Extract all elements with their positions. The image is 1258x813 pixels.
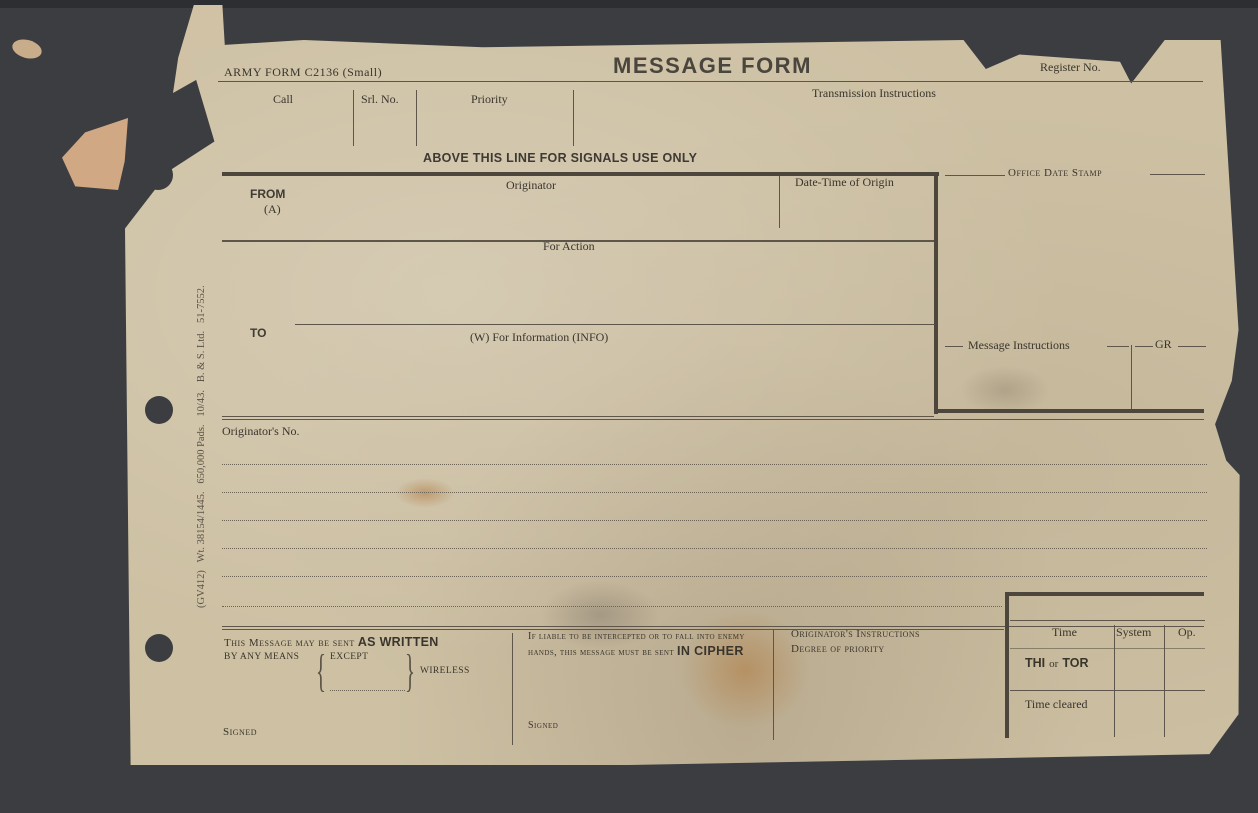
originators-no-label: Originator's No.: [222, 424, 299, 439]
table-divider: [1164, 625, 1165, 737]
info-rule: [295, 324, 935, 325]
office-date-stamp-label: Office Date Stamp: [1008, 167, 1102, 179]
degree-of-priority-label: Degree of priority: [791, 643, 885, 655]
box-bottom-right-rule: [934, 409, 1204, 413]
by-any-means-label: BY ANY MEANS: [224, 652, 299, 662]
divider: [416, 90, 417, 146]
gr-label: GR: [1155, 337, 1172, 352]
punch-hole: [145, 634, 173, 662]
paper-scrap: [10, 36, 44, 61]
for-action-label: For Action: [543, 239, 595, 254]
punch-hole: [143, 160, 173, 190]
srl-no-label: Srl. No.: [361, 92, 399, 107]
address-bottom-rule: [222, 419, 1204, 420]
message-line-1[interactable]: [222, 464, 1207, 465]
priority-label: Priority: [471, 92, 508, 107]
in-cipher-label: IN CIPHER: [677, 644, 744, 658]
message-line-6[interactable]: [222, 606, 1002, 607]
instr-rule: [1107, 346, 1129, 347]
signals-use-notice: ABOVE THIS LINE FOR SIGNALS USE ONLY: [423, 151, 697, 165]
from-sub-label: (A): [264, 202, 281, 217]
thi-or-tor-label: THI or TOR: [1025, 654, 1088, 672]
may-be-sent-prefix: This Message may be sent: [224, 637, 355, 649]
except-label: EXCEPT: [330, 652, 368, 662]
except-field[interactable]: [330, 690, 405, 691]
originators-instructions-label: Originator's Instructions: [791, 628, 920, 640]
table-rule: [1010, 648, 1205, 649]
paper-scrap: [62, 118, 128, 190]
printer-imprint: (GV412) Wt. 38154/1445. 650,000 Pads. 10…: [196, 285, 207, 608]
instr-rule: [1178, 346, 1206, 347]
table-top-rule: [1005, 592, 1204, 596]
table-rule: [1010, 620, 1205, 621]
message-line-4[interactable]: [222, 548, 1207, 549]
or-label: or: [1049, 658, 1058, 670]
time-cleared-label: Time cleared: [1025, 697, 1088, 712]
divider: [773, 630, 774, 740]
message-line-5[interactable]: [222, 576, 1207, 577]
stamp-rule: [945, 175, 1005, 176]
as-written-label: AS WRITTEN: [358, 635, 439, 649]
table-left-rule: [1005, 592, 1009, 738]
for-information-label: (W) For Information (INFO): [470, 330, 608, 345]
wireless-label: WIRELESS: [420, 666, 470, 676]
signed-middle-label: Signed: [528, 720, 558, 731]
message-instructions-label: Message Instructions: [968, 338, 1070, 353]
cipher-instruction: If liable to be intercepted or to fall i…: [528, 630, 768, 660]
left-brace: {: [316, 648, 326, 694]
to-label: TO: [250, 326, 266, 340]
transmission-instructions-label: Transmission Instructions: [812, 86, 936, 101]
originator-label: Originator: [506, 178, 556, 193]
box-right-rule: [934, 172, 938, 414]
right-brace: }: [405, 648, 415, 694]
divider: [353, 90, 354, 146]
instr-rule: [1135, 346, 1153, 347]
divider: [512, 633, 513, 745]
divider: [779, 176, 780, 228]
op-header: Op.: [1178, 625, 1196, 640]
date-time-of-origin-label: Date-Time of Origin: [795, 175, 894, 190]
table-divider: [1114, 625, 1115, 737]
register-no-label: Register No.: [1040, 60, 1101, 75]
punch-hole: [145, 396, 173, 424]
message-line-2[interactable]: [222, 492, 1207, 493]
page-title: MESSAGE FORM: [613, 53, 812, 79]
message-line-3[interactable]: [222, 520, 1207, 521]
time-header: Time: [1052, 625, 1077, 640]
divider: [1131, 345, 1132, 409]
stamp-rule: [1150, 174, 1205, 175]
from-label: FROM: [250, 187, 285, 201]
divider: [573, 90, 574, 146]
background-strip: [0, 0, 1258, 8]
header-rule: [218, 81, 1203, 82]
call-label: Call: [273, 92, 293, 107]
instr-rule: [945, 346, 963, 347]
thi-label: THI: [1025, 656, 1045, 670]
system-header: System: [1116, 625, 1151, 640]
signed-left-label: Signed: [223, 726, 257, 738]
address-bottom-rule: [222, 416, 934, 417]
table-rule: [1010, 690, 1205, 691]
army-form-number: ARMY FORM C2136 (Small): [224, 65, 382, 80]
tor-label: TOR: [1062, 656, 1088, 670]
